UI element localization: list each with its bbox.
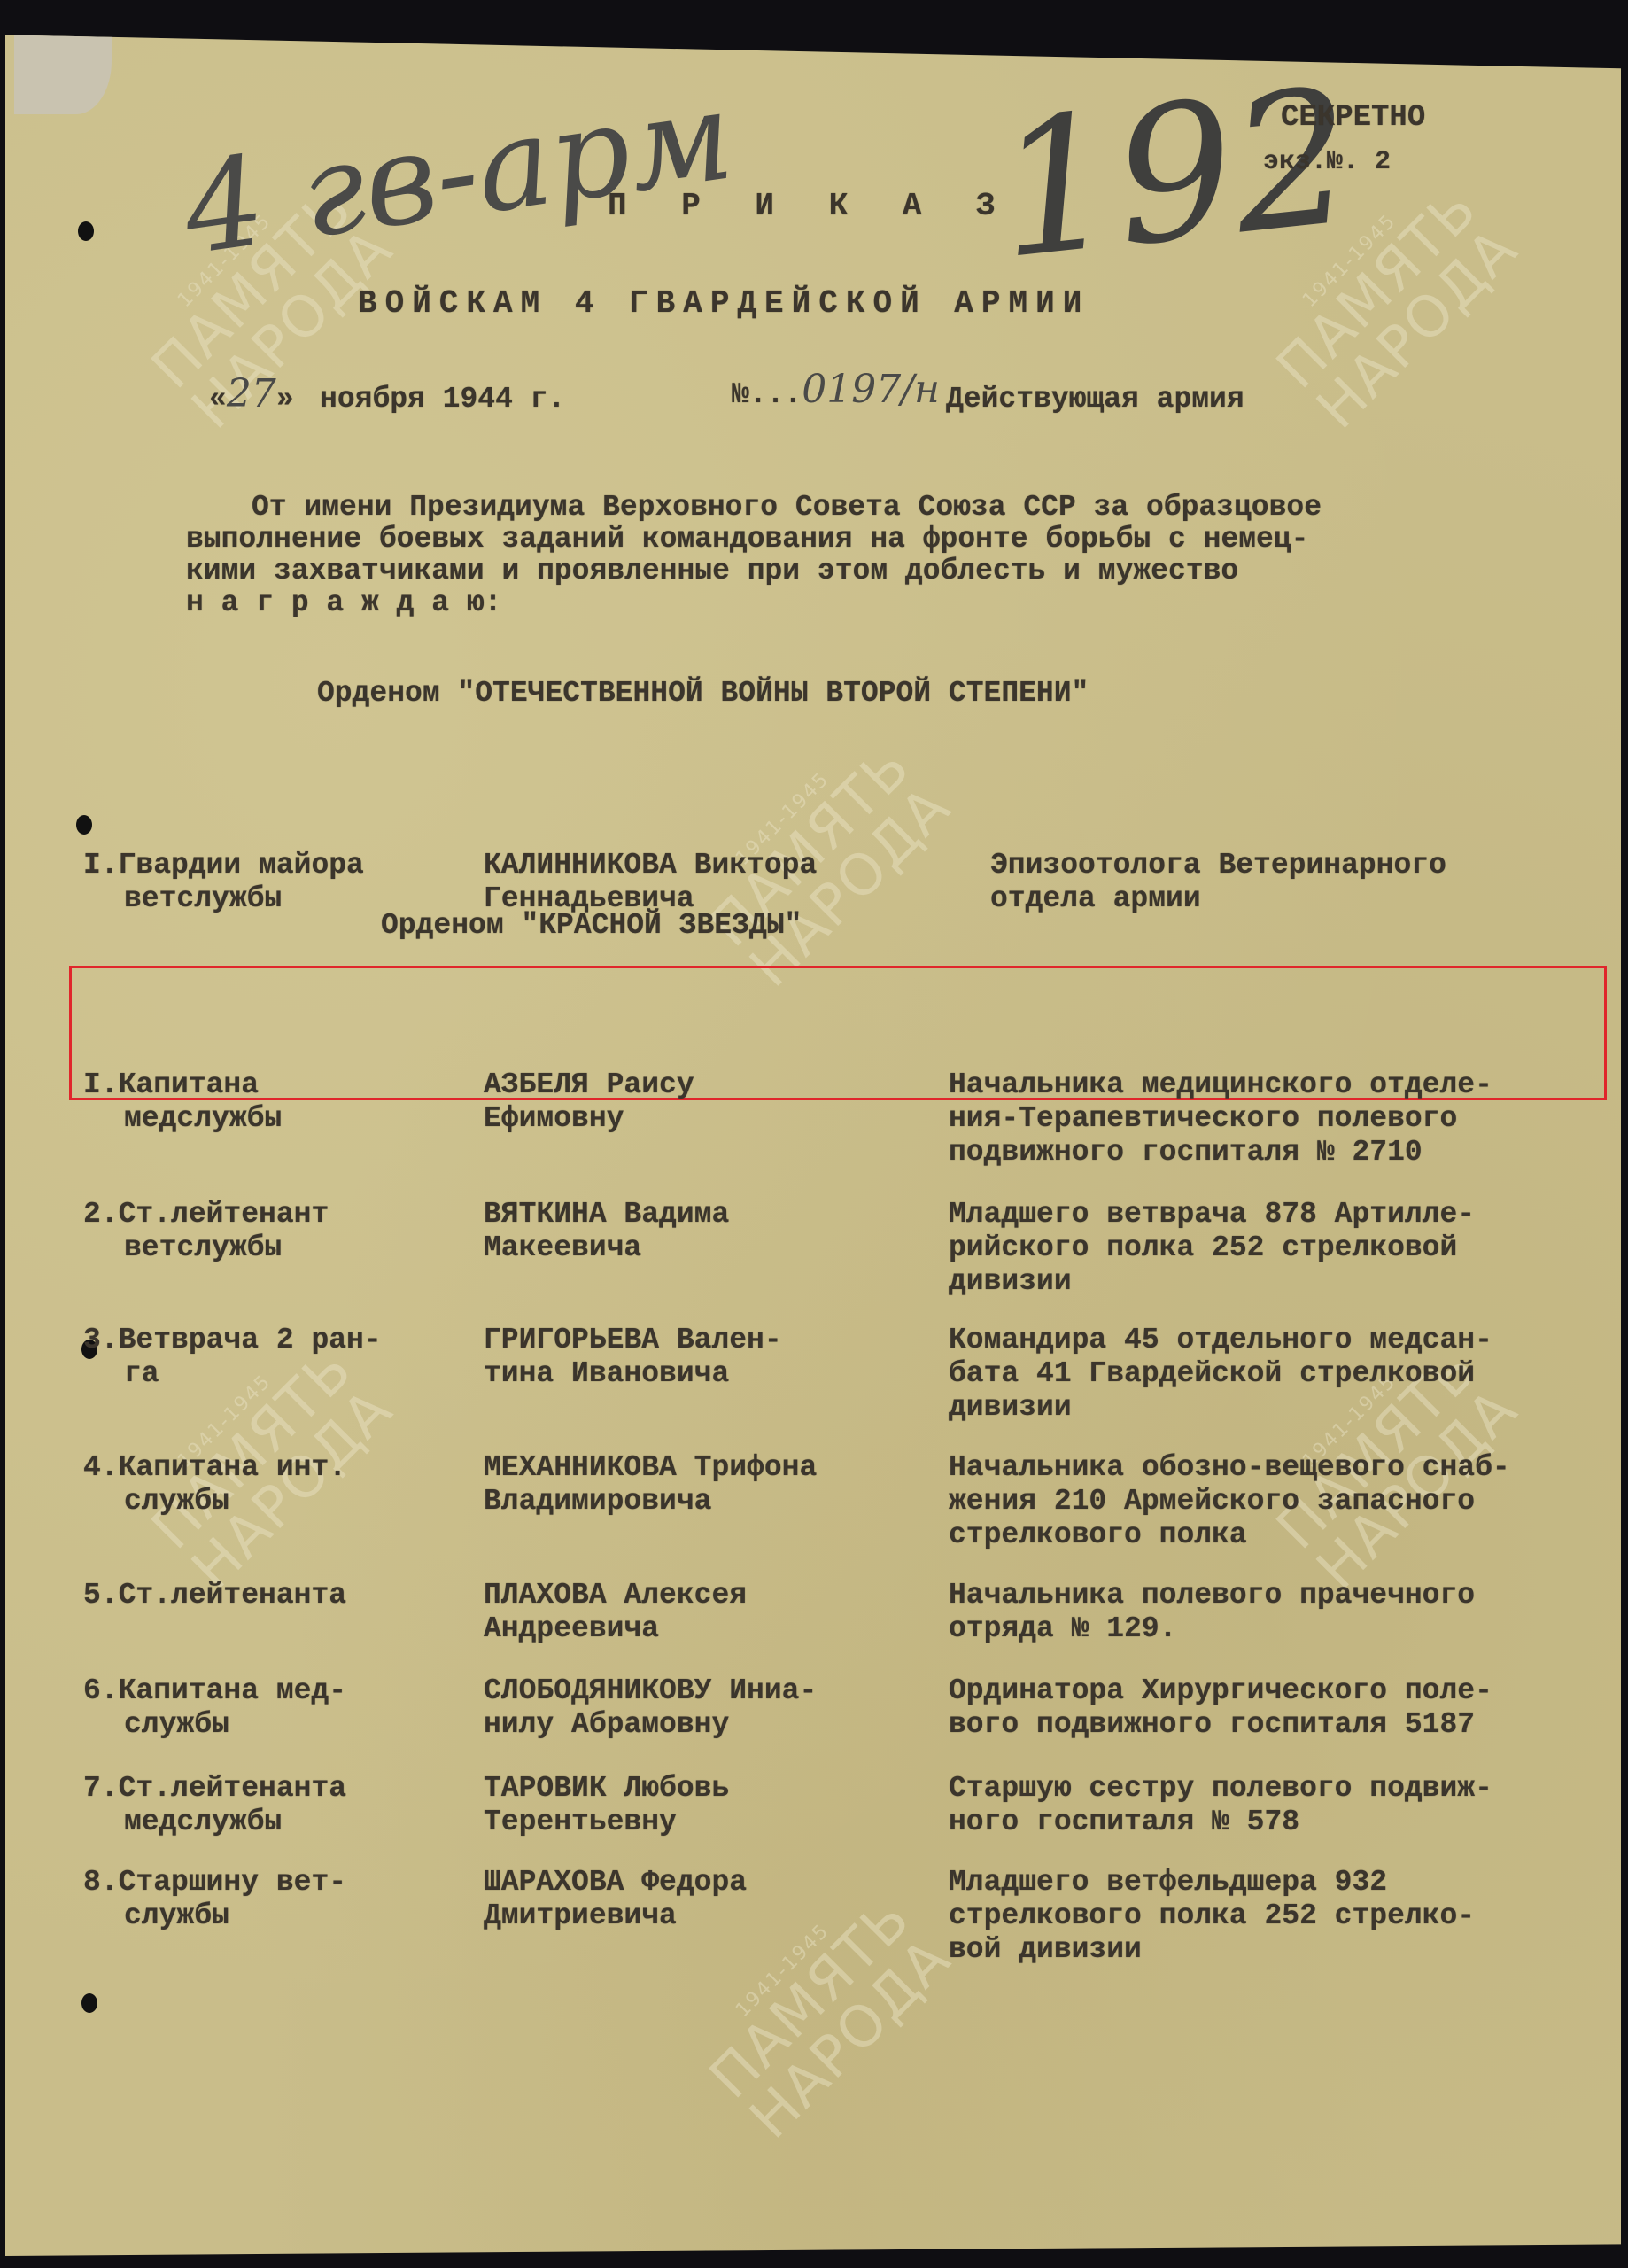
handwritten-army-note: 4 гв-арм xyxy=(175,63,741,283)
location: Действующая армия xyxy=(946,383,1244,416)
punch-hole xyxy=(78,221,94,241)
secret-stamp: СЕКРЕТНО xyxy=(1281,101,1425,135)
order-number: 0197/н xyxy=(802,367,940,412)
date-day: 27 xyxy=(227,371,276,416)
entry-position: Младшего ветфельдшера 932стрелкового пол… xyxy=(949,1798,1475,2034)
preamble-line: выполнение боевых заданий командования н… xyxy=(186,523,1308,556)
date-line: «27» ноября 1944 г. xyxy=(209,371,565,416)
entry-name: КАЛИННИКОВА ВиктораГеннадьевича xyxy=(484,781,817,983)
section-heading: Орденом "ОТЕЧЕСТВЕННОЙ ВОЙНЫ ВТОРОЙ СТЕП… xyxy=(317,677,1089,711)
document-page: 1941-1945ПАМЯТЬНАРОДА 1941-1945ПАМЯТЬНАР… xyxy=(5,12,1621,2256)
torn-corner xyxy=(14,12,112,114)
preamble-line: н а г р а ж д а ю: xyxy=(186,586,501,620)
section-heading: Орденом "КРАСНОЙ ЗВЕЗДЫ" xyxy=(381,909,802,943)
preamble-line: От имени Президиума Верховного Совета Со… xyxy=(252,491,1322,524)
entry-name: ШАРАХОВА ФедораДмитриевича xyxy=(484,1798,747,2000)
preamble-line: кими захватчиками и проявленные при этом… xyxy=(186,555,1238,588)
date-month-year: ноября 1944 г. xyxy=(320,383,565,416)
entry-rank: I.Гвардии майораветслужбы xyxy=(83,781,364,983)
page-title: П Р И К А З xyxy=(608,190,1013,223)
order-number-field: №...0197/н xyxy=(732,367,940,412)
entry-rank: 8.Старшину вет-службы xyxy=(83,1798,346,2000)
page-subtitle: ВОЙСКАМ 4 ГВАРДЕЙСКОЙ АРМИИ xyxy=(358,287,1089,321)
entry-position: Эпизоотолога Ветеринарногоотдела армии xyxy=(990,781,1446,983)
copy-number: экз.№. 2 xyxy=(1263,145,1391,179)
